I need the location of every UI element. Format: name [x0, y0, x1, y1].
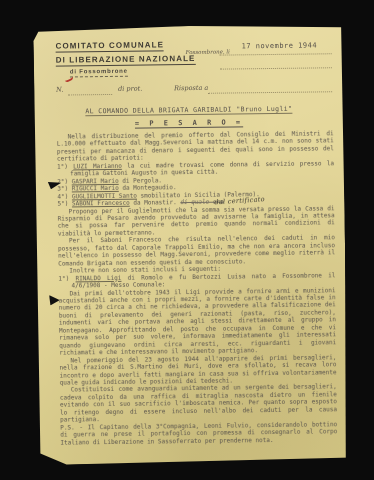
item-number: 4°) — [57, 193, 68, 200]
letter-body: Nella distribuzione del premio offerto d… — [57, 130, 338, 446]
item-text: da Montegaudio. — [122, 184, 176, 192]
item-name: LUZI Marianno — [73, 163, 122, 171]
dateline-date: 17 novembre 1944 — [242, 41, 318, 50]
ref-reply-label: Risposta a — [174, 84, 208, 92]
item-number: 3°) — [57, 186, 68, 193]
item-number: 1°) — [57, 163, 68, 170]
recipient-line: AL COMANDO DELLA BRIGATA GARIBALDI "Brun… — [34, 104, 343, 116]
item-number: 5°) — [57, 201, 68, 208]
paragraph-ligi: Dai primi dell'ottobre 1943 il Ligi prov… — [59, 287, 337, 357]
letterhead: COMITATO COMUNALE DI LIBERAZIONE NAZIONA… — [56, 40, 196, 78]
item-name: RINALDO Ligi — [75, 274, 121, 282]
dotted-rule — [68, 93, 112, 96]
paragraph-guglielmotti: Propongo per il Guglielmotti che la somm… — [58, 205, 335, 238]
dotted-rule — [220, 66, 332, 69]
ref-n-label: N. — [56, 86, 63, 94]
reference-line: N. di prot. Risposta a — [56, 82, 332, 97]
postscript: P.S. - Il Capitano della 3°Compagnia, Le… — [60, 421, 337, 447]
item-name: RIGUCCI Mario — [72, 185, 119, 193]
recipient-city: = P E S A R O = — [34, 117, 343, 129]
handwritten-ink-note: dal certificato — [227, 196, 265, 206]
paragraph-costituito: Costituitosi come avanguardia unitamente… — [60, 384, 337, 425]
item-text: da Monastir. — [133, 199, 176, 207]
item-name: GASPARI Mario — [72, 178, 119, 186]
letterhead-place: di Fossombrone — [70, 69, 128, 78]
ref-prot-label: di prot. — [118, 85, 142, 93]
paragraph-saboni: Per il Saboni Francesco che risulta nell… — [58, 235, 335, 268]
dotted-rule — [208, 90, 332, 94]
recipient-block: AL COMANDO DELLA BRIGATA GARIBALDI "Brun… — [34, 104, 343, 129]
letterhead-line2: DI LIBERAZIONE NAZIONALE — [56, 54, 196, 67]
paragraph-intro: Nella distribuzione del premio offerto d… — [57, 130, 334, 163]
item-name: SABONI Francesco — [72, 200, 130, 208]
item-number: 1°) — [58, 275, 69, 282]
paragraph-agosto: Nel pomeriggio del 23 agosto 1944 all'ap… — [59, 354, 336, 387]
dotted-rule — [220, 52, 332, 55]
item-text: di Pergola. — [122, 177, 162, 184]
document-paper: COMITATO COMUNALE DI LIBERAZIONE NAZIONA… — [33, 24, 347, 465]
item-number: 2°) — [57, 178, 68, 185]
letterhead-line1: COMITATO COMUNALE — [56, 40, 165, 52]
